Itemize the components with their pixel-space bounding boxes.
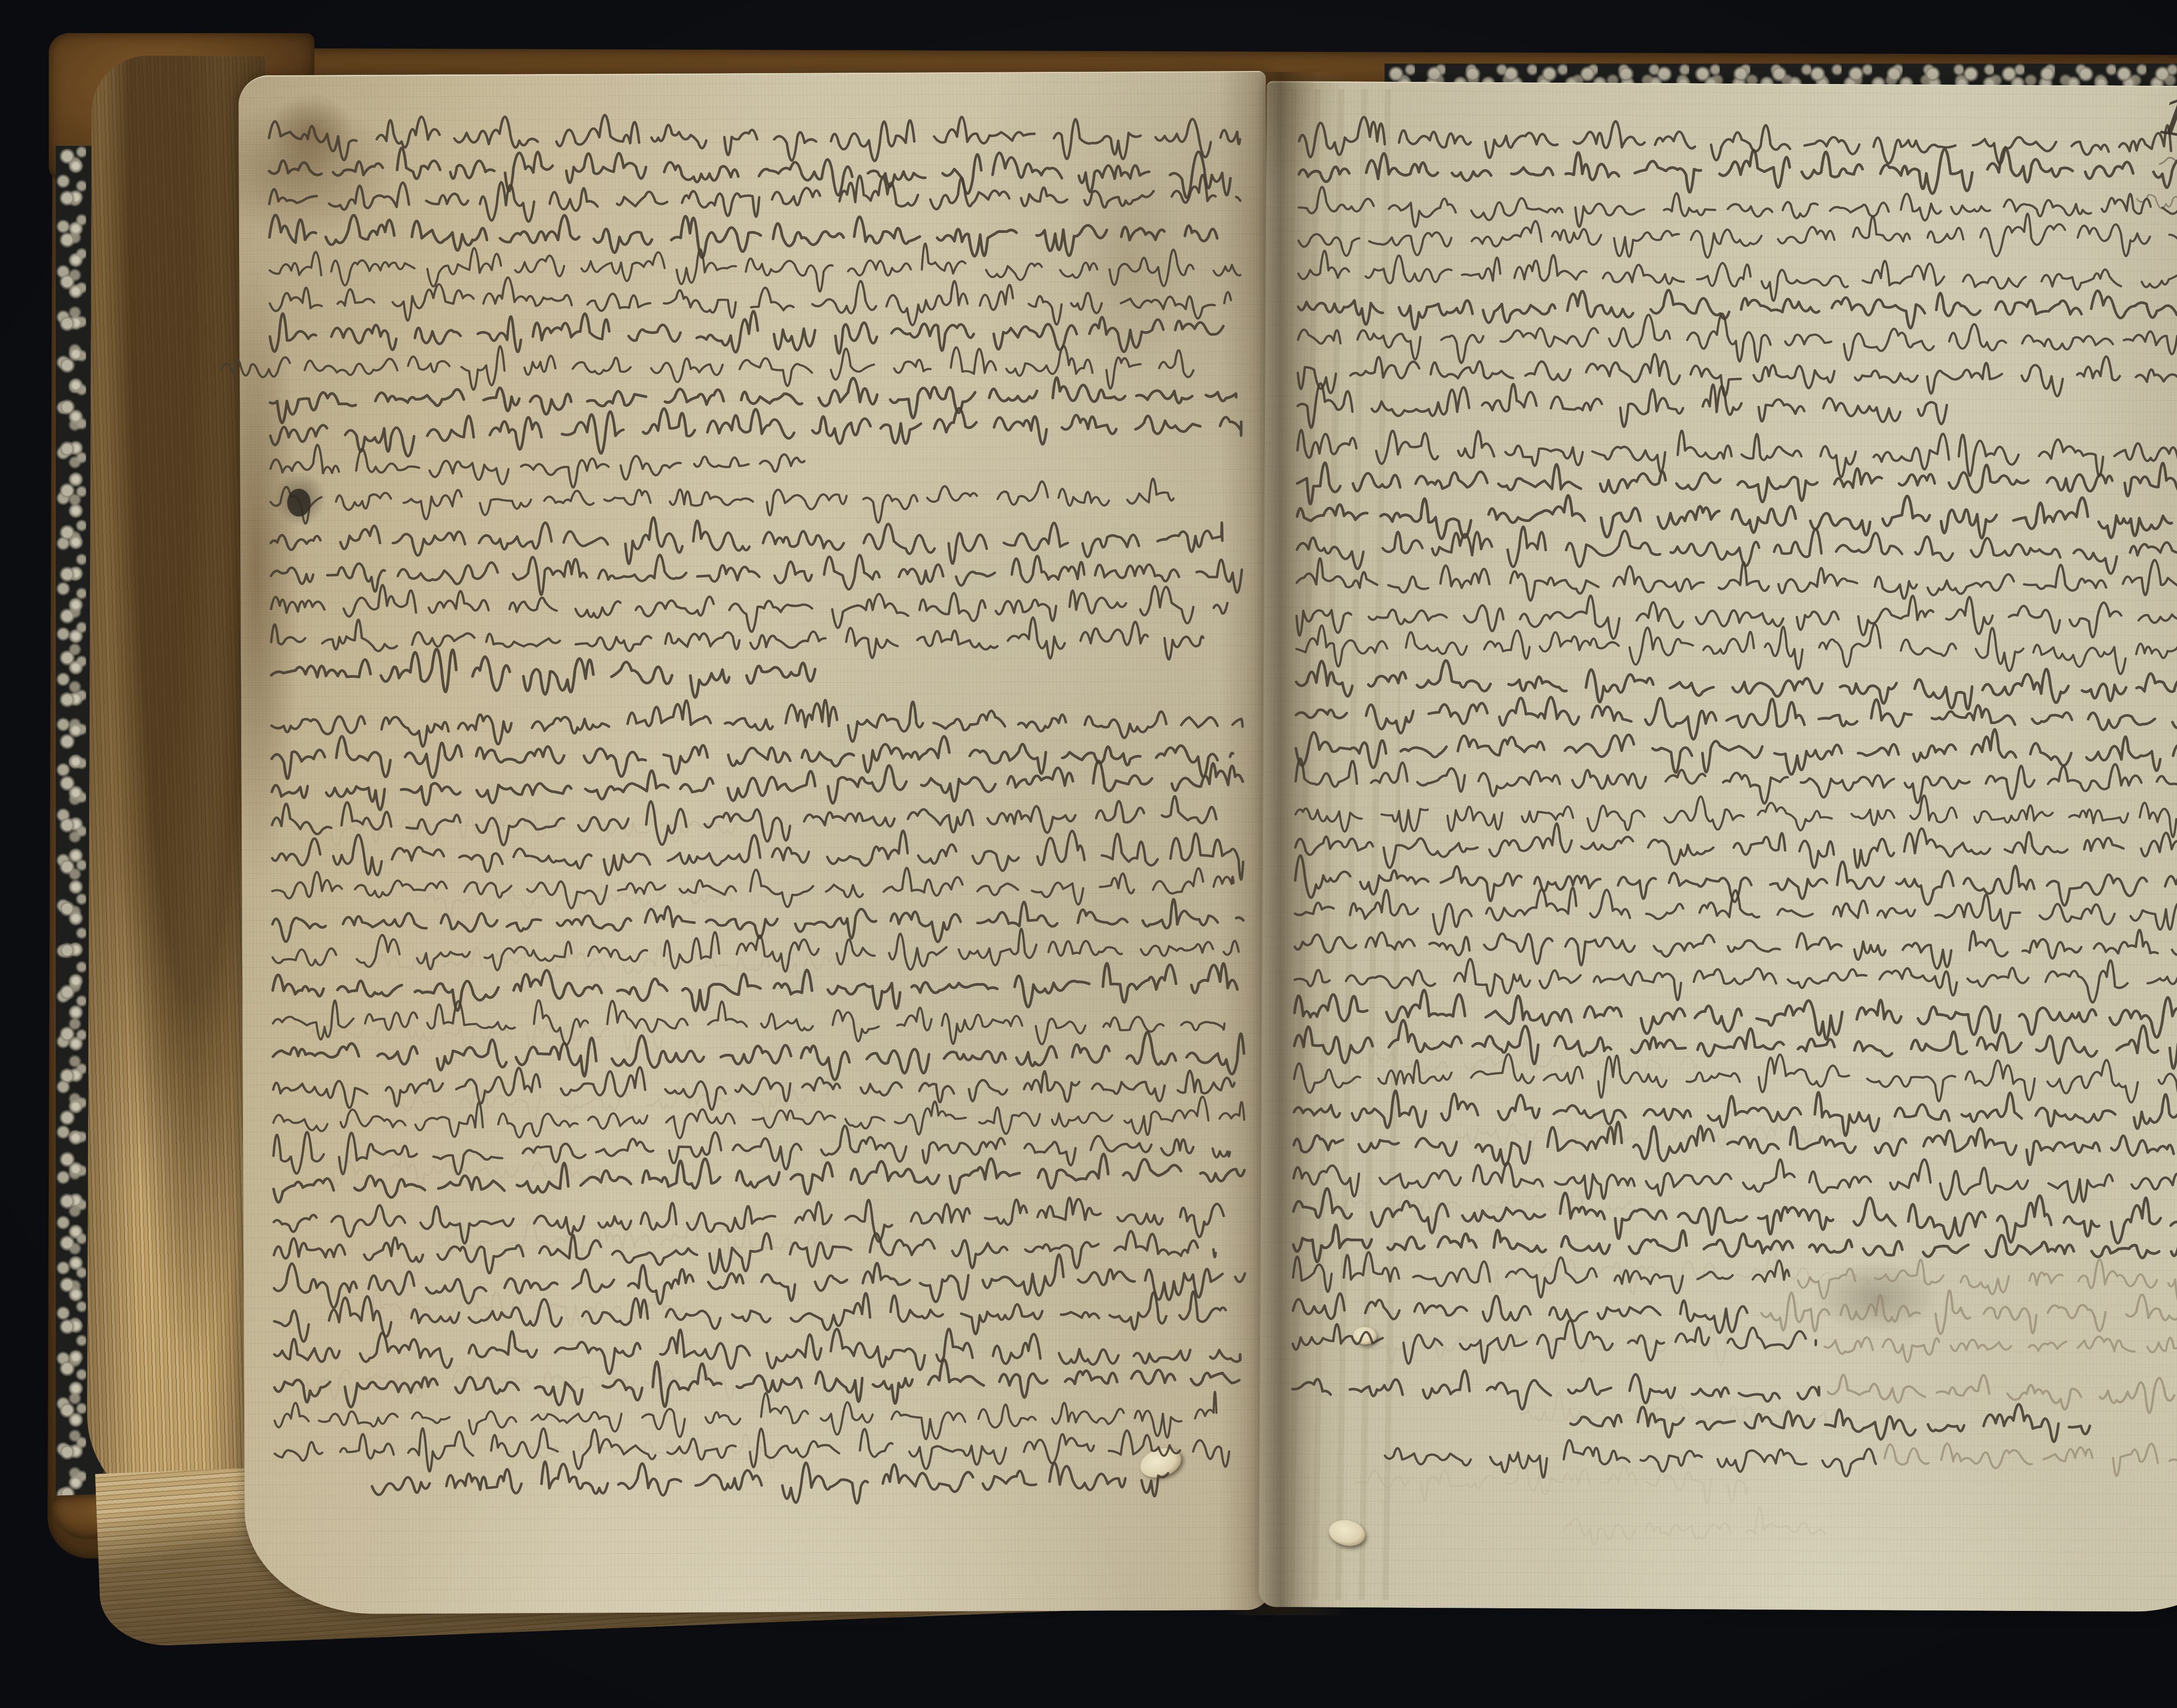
manuscript-scan: 149 bbox=[0, 0, 2177, 1708]
handwriting-ink-layer bbox=[0, 0, 2177, 1708]
